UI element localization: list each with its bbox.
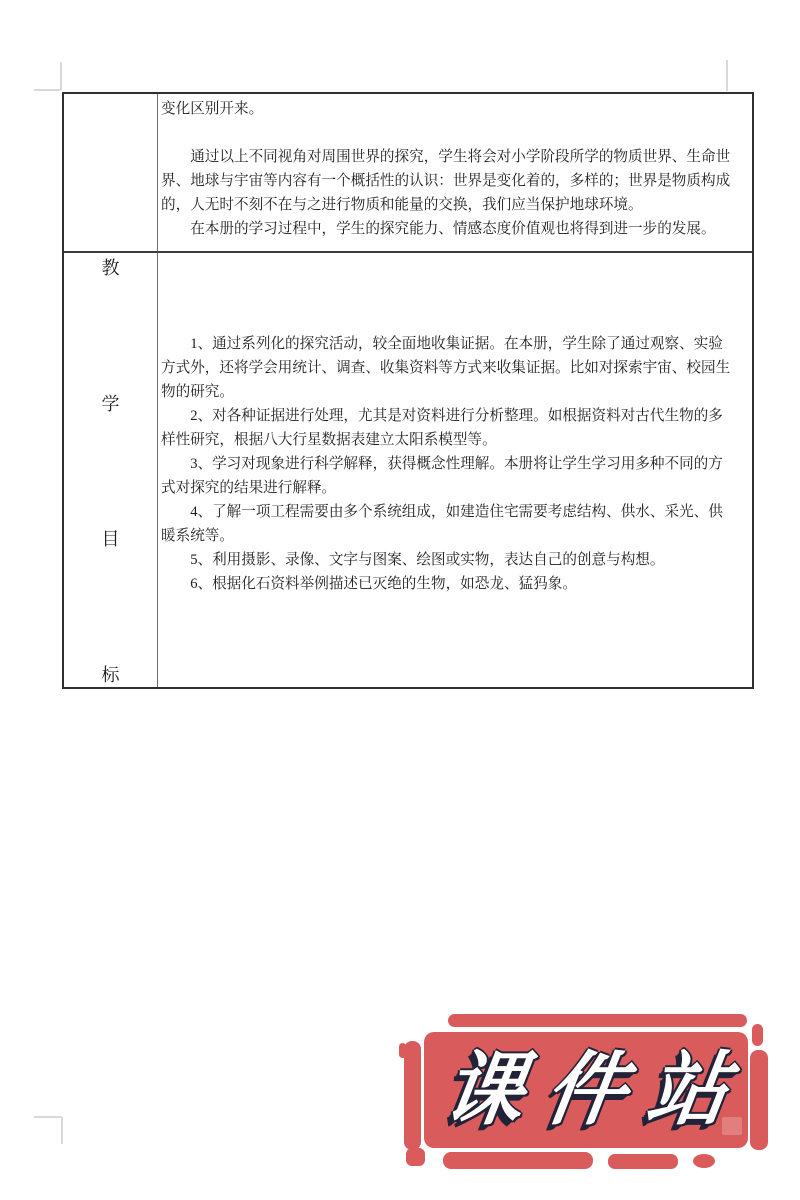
stamp-body: 课件站: [424, 1032, 748, 1148]
header-char-biao: 标: [102, 666, 120, 684]
header-char-xue: 学: [102, 395, 120, 413]
stamp-border-left-nub: [399, 1043, 406, 1058]
stamp-texture-notch: [722, 1117, 742, 1135]
table-cell-row1-content: 变化区别开来。 通过以上不同视角对周围世界的探究，学生将会对小学阶段所学的物质世…: [158, 94, 752, 253]
stamp-border-top-stroke: [448, 1014, 747, 1027]
margin-mark-top-right-vertical: [726, 60, 728, 91]
stamp-border-bottom-dot: [693, 1154, 715, 1168]
stamp-border-bottom-stroke-1: [443, 1152, 593, 1169]
objectives-list-text: 1、通过系列化的探究活动，较全面地收集证据。在本册，学生除了通过观察、实验 方式…: [158, 253, 752, 596]
stamp-border-bottom-stroke-2: [608, 1154, 678, 1169]
stamp-border-right-comma: [752, 1024, 763, 1046]
stamp-border-left-foot: [406, 1148, 425, 1166]
overview-paragraphs: 变化区别开来。 通过以上不同视角对周围世界的探究，学生将会对小学阶段所学的物质世…: [158, 94, 752, 241]
table-cell-teaching-objectives-header: 教 学 目 标: [64, 253, 158, 687]
lesson-plan-table: 变化区别开来。 通过以上不同视角对周围世界的探究，学生将会对小学阶段所学的物质世…: [62, 92, 754, 689]
header-char-mu: 目: [102, 530, 120, 548]
margin-mark-bottom-left-vertical: [61, 1117, 63, 1144]
stamp-text: 课件站: [438, 1050, 755, 1130]
table-cell-row1-header: [64, 94, 158, 253]
header-char-jiao: 教: [102, 259, 120, 277]
stamp-border-left-stroke: [404, 1041, 421, 1150]
kejianzhan-watermark-stamp: 课件站: [398, 1000, 776, 1180]
margin-mark-top-left-vertical: [60, 62, 62, 90]
margin-mark-top-left-horizontal: [34, 89, 61, 91]
margin-mark-bottom-left-horizontal: [34, 1116, 62, 1118]
document-page: 变化区别开来。 通过以上不同视角对周围世界的探究，学生将会对小学阶段所学的物质世…: [0, 0, 800, 1200]
table-cell-row2-content: 1、通过系列化的探究活动，较全面地收集证据。在本册，学生除了通过观察、实验 方式…: [158, 253, 752, 687]
